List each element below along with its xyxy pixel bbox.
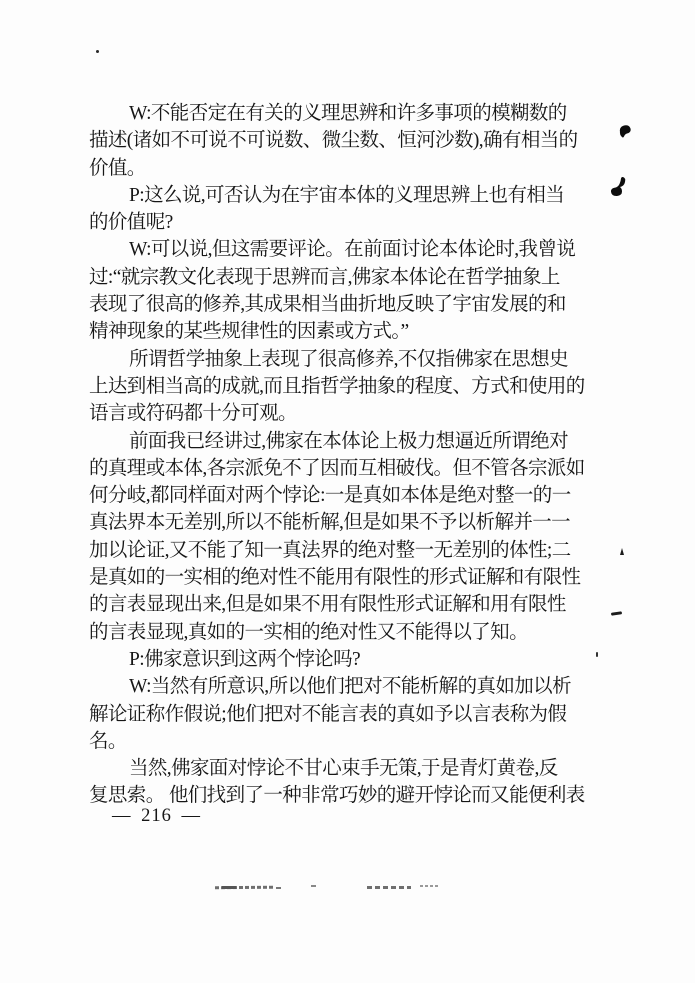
text-line: 价值。: [89, 155, 594, 182]
text-line: P:佛家意识到这两个悖论吗?: [89, 646, 594, 673]
bleed-dash-1b: [222, 886, 236, 889]
text-line: 精神现象的某些规律性的因素或方式。”: [89, 318, 594, 345]
text-line: 名。: [89, 728, 594, 755]
text-line: 语言或符码都十分可观。: [89, 400, 594, 427]
text-line: 前面我已经讲过,佛家在本体论上极力想逼近所谓绝对: [89, 428, 594, 455]
text-line: 表现了很高的修养,其成果相当曲折地反映了宇宙发展的和: [89, 291, 594, 318]
text-line: 当然,佛家面对悖论不甘心束手无策,于是青灯黄卷,反: [89, 755, 594, 782]
ink-speck-right-1: [620, 548, 624, 555]
text-line: 何分岐,都同样面对两个悖论:一是真如本体是绝对整一的一: [89, 482, 594, 509]
text-line: 的真理或本体,各宗派免不了因而互相破伐。但不管各宗派如: [89, 455, 594, 482]
text-line: 的价值呢?: [89, 209, 594, 236]
scanned-book-page: W:不能否定在有关的义理思辨和许多事项的模糊数的描述(诸如不可说不可说数、微尘数…: [0, 0, 695, 983]
text-line: W:不能否定在有关的义理思辨和许多事项的模糊数的: [89, 100, 594, 127]
text-line: 过:“就宗教文化表现于思辨而言,佛家本体论在哲学抽象上: [89, 264, 594, 291]
text-line: W:可以说,但这需要评论。在前面讨论本体论时,我曾说: [89, 236, 594, 263]
ink-smudge-lower: [609, 176, 628, 197]
bleed-dash-2: [276, 887, 281, 889]
text-line: 加以论证,又不能了知一真法界的绝对整一无差别的体性;二: [89, 537, 594, 564]
text-line: P:这么说,可否认为在宇宙本体的义理思辨上也有相当: [89, 182, 594, 209]
body-text: W:不能否定在有关的义理思辨和许多事项的模糊数的描述(诸如不可说不可说数、微尘数…: [89, 100, 594, 810]
bleed-dash-5: [420, 885, 438, 887]
text-line: 的言表显现出来,但是如果不用有限性形式证解和用有限性: [89, 591, 594, 618]
ink-speck-right-3: [596, 652, 598, 657]
page-number: — 216 —: [112, 806, 201, 827]
text-line: 上达到相当高的成就,而且指哲学抽象的程度、方式和使用的: [89, 373, 594, 400]
text-line: 的言表显现,真如的一实相的绝对性又不能得以了知。: [89, 619, 594, 646]
text-line: 描述(诸如不可说不可说数、微尘数、恒河沙数),确有相当的: [89, 127, 594, 154]
text-line: 解论证称作假说;他们把对不能言表的真如予以言表称为假: [89, 701, 594, 728]
text-line: 真法界本无差别,所以不能析解,但是如果不予以析解并一一: [89, 509, 594, 536]
ink-speck-top: [96, 50, 99, 53]
bleed-dash-3: [311, 885, 316, 887]
bleed-dash-4: [367, 886, 411, 889]
text-line: 所谓哲学抽象上表现了很高修养,不仅指佛家在思想史: [89, 346, 594, 373]
text-line: 是真如的一实相的绝对性不能用有限性的形式证解和有限性: [89, 564, 594, 591]
ink-speck-right-2: [611, 611, 622, 616]
text-line: W:当然有所意识,所以他们把对不能析解的真如加以析: [89, 673, 594, 700]
ink-smudge-upper: [617, 124, 633, 142]
bleed-dash-1: [215, 886, 273, 889]
